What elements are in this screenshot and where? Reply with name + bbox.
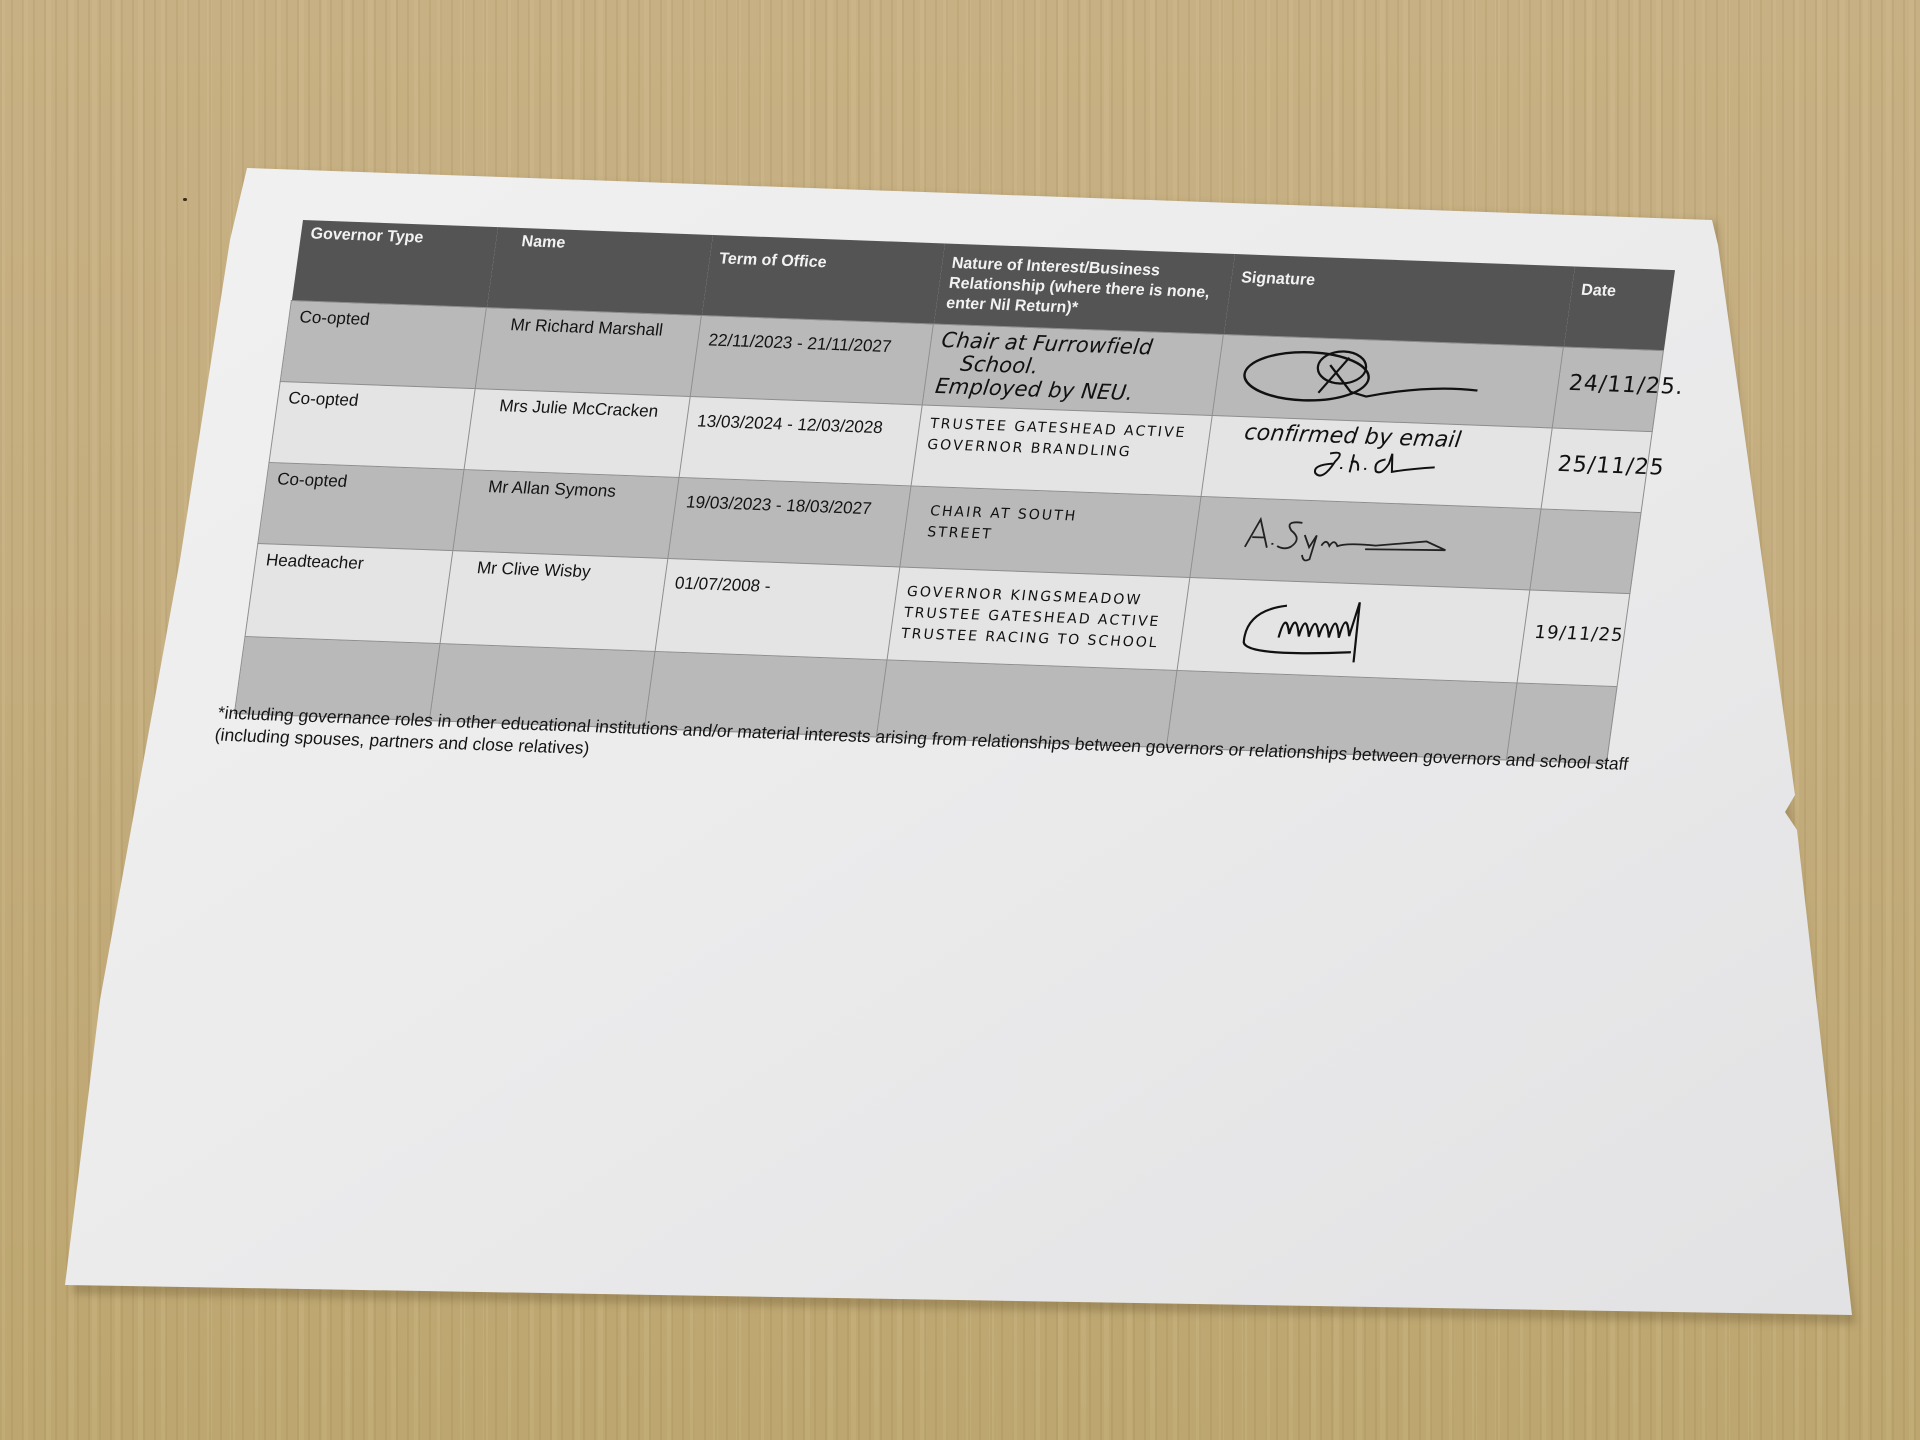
register-of-interests-document: Governor Type Name Term of Office Nature… [219, 220, 1782, 874]
header-signature: Signature [1223, 254, 1574, 347]
cell-term: 22/11/2023 - 21/11/2027 [690, 315, 933, 404]
cell-interest: Chair at Furrowfield School. Employed by… [922, 324, 1223, 416]
cell-signature: confirmed by email [1201, 416, 1552, 509]
cell-name: Mrs Julie McCracken [464, 389, 690, 478]
cell-governor-type: Headteacher [245, 544, 453, 644]
header-date: Date [1563, 266, 1674, 350]
header-governor-type: Governor Type [291, 220, 497, 308]
date-handwritten: 25/11/25 [1556, 435, 1641, 478]
cell-name: Mr Allan Symons [453, 470, 679, 559]
cell-interest: Trustee Gateshead Active Governor Brandl… [911, 405, 1212, 497]
cell-signature [1212, 335, 1563, 428]
cell-date: 19/11/25 [1517, 590, 1630, 687]
cell-term: 13/03/2024 - 12/03/2028 [679, 396, 922, 485]
cell-interest: Chair at South Street [900, 486, 1201, 578]
cell-date: 25/11/25 [1541, 428, 1652, 513]
header-name: Name [486, 227, 712, 315]
cell-governor-type: Co-opted [280, 301, 486, 389]
signature-wisby [1188, 584, 1518, 676]
date-handwritten: 24/11/25. [1567, 354, 1652, 397]
cell-term: 19/03/2023 - 18/03/2027 [668, 477, 911, 566]
cell-name: Mr Richard Marshall [475, 308, 701, 397]
header-term-of-office: Term of Office [701, 235, 944, 324]
governor-interests-table: Governor Type Name Term of Office Nature… [234, 220, 1675, 764]
header-nature-of-interest: Nature of Interest/Business Relationship… [933, 243, 1234, 334]
cell-date [1530, 509, 1641, 594]
cell-signature [1190, 497, 1541, 590]
cell-governor-type: Co-opted [258, 463, 464, 551]
cell-interest: Governor Kingsmeadow Trustee Gateshead A… [887, 567, 1190, 671]
cell-term: 01/07/2008 - [655, 558, 900, 659]
cell-signature [1177, 578, 1530, 683]
date-handwritten: 19/11/25 [1533, 597, 1618, 646]
cell-date: 24/11/25. [1552, 347, 1663, 432]
date-handwritten [1548, 516, 1630, 539]
signature-symons [1202, 503, 1529, 575]
cell-governor-type: Co-opted [269, 382, 475, 470]
signature-marshall [1225, 341, 1552, 413]
cell-name: Mr Clive Wisby [440, 551, 668, 652]
